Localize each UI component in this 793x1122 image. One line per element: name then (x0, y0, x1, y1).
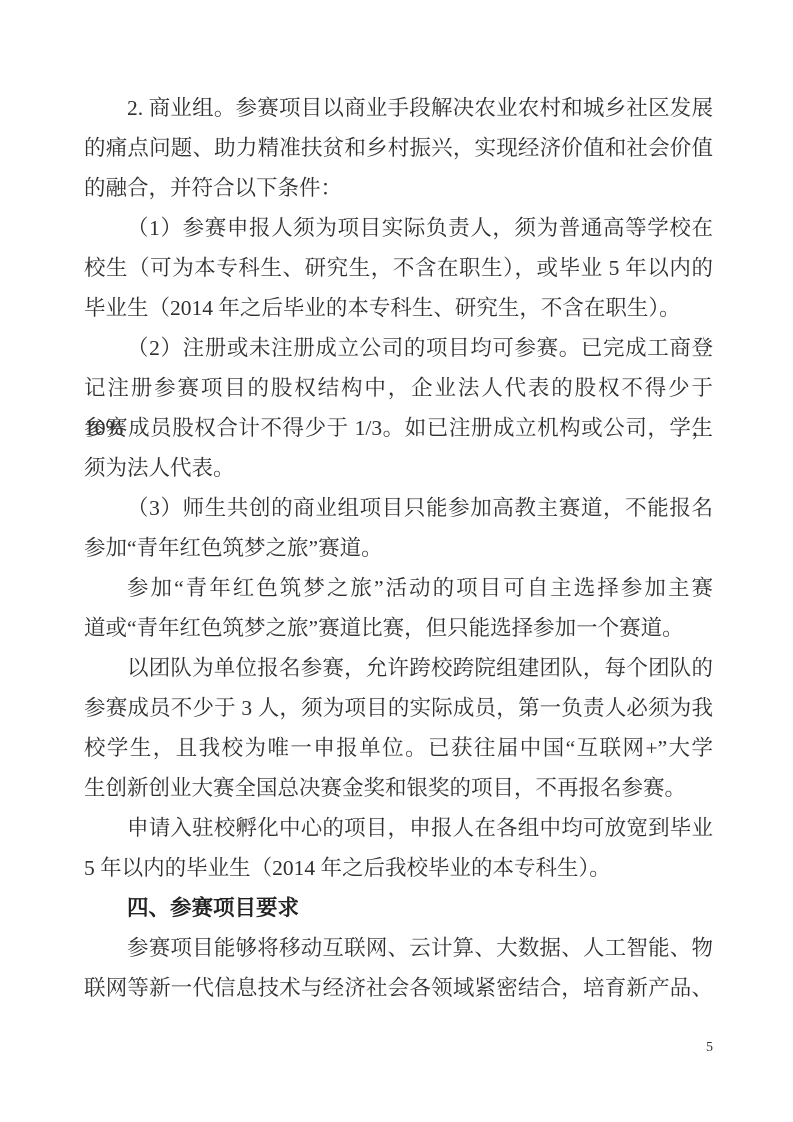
document-body: 2. 商业组。参赛项目以商业手段解决农业农村和城乡社区发展 的痛点问题、助力精准… (84, 88, 713, 1008)
paragraph-project-requirements-intro: 参赛项目能够将移动互联网、云计算、大数据、人工智能、物 联网等新一代信息技术与经… (84, 928, 713, 1008)
text-line: （1）参赛申报人须为项目实际负责人，须为普通高等学校在 (84, 208, 713, 248)
paragraph-condition-2-registration: （2）注册或未注册成立公司的项目均可参赛。已完成工商登 记注册参赛项目的股权结构… (84, 328, 713, 488)
section-heading-text: 四、参赛项目要求 (84, 888, 713, 928)
text-line: 5 年以内的毕业生（2014 年之后我校毕业的本专科生）。 (84, 848, 713, 888)
paragraph-incubation-center-relaxation: 申请入驻校孵化中心的项目，申报人在各组中均可放宽到毕业 5 年以内的毕业生（20… (84, 808, 713, 888)
text-line: 毕业生（2014 年之后毕业的本专科生、研究生，不含在职生）。 (84, 288, 713, 328)
text-line: 参加“青年红色筑梦之旅”活动的项目可自主选择参加主赛 (84, 568, 713, 608)
paragraph-business-group-intro: 2. 商业组。参赛项目以商业手段解决农业农村和城乡社区发展 的痛点问题、助力精准… (84, 88, 713, 208)
text-line: 校生（可为本专科生、研究生，不含在职生），或毕业 5 年以内的 (84, 248, 713, 288)
text-line: 参赛成员不少于 3 人，须为项目的实际成员，第一负责人必须为我 (84, 688, 713, 728)
section-4-heading: 四、参赛项目要求 (84, 888, 713, 928)
text-line: 2. 商业组。参赛项目以商业手段解决农业农村和城乡社区发展 (84, 88, 713, 128)
paragraph-team-registration-rules: 以团队为单位报名参赛，允许跨校跨院组建团队，每个团队的 参赛成员不少于 3 人，… (84, 648, 713, 808)
text-line: 校学生，且我校为唯一申报单位。已获往届中国“互联网+”大学 (84, 728, 713, 768)
page-number: 5 (84, 1038, 713, 1058)
text-line: 参赛项目能够将移动互联网、云计算、大数据、人工智能、物 (84, 928, 713, 968)
paragraph-condition-1-applicant: （1）参赛申报人须为项目实际负责人，须为普通高等学校在 校生（可为本专科生、研究… (84, 208, 713, 328)
text-line: 联网等新一代信息技术与经济社会各领域紧密结合，培育新产品、 (84, 968, 713, 1008)
text-line: 的痛点问题、助力精准扶贫和乡村振兴，实现经济价值和社会价值 (84, 128, 713, 168)
document-page: 2. 商业组。参赛项目以商业手段解决农业农村和城乡社区发展 的痛点问题、助力精准… (0, 0, 793, 1122)
text-line: 参加“青年红色筑梦之旅”赛道。 (84, 528, 713, 568)
text-line: （2）注册或未注册成立公司的项目均可参赛。已完成工商登 (84, 328, 713, 368)
text-line: 记注册参赛项目的股权结构中，企业法人代表的股权不得少于 10%， (84, 368, 713, 408)
text-line: 以团队为单位报名参赛，允许跨校跨院组建团队，每个团队的 (84, 648, 713, 688)
paragraph-condition-3-track-limit: （3）师生共创的商业组项目只能参加高教主赛道，不能报名 参加“青年红色筑梦之旅”… (84, 488, 713, 568)
text-line: 申请入驻校孵化中心的项目，申报人在各组中均可放宽到毕业 (84, 808, 713, 848)
text-line: 参赛成员股权合计不得少于 1/3。如已注册成立机构或公司，学生 (84, 408, 713, 448)
paragraph-red-dream-track-choice: 参加“青年红色筑梦之旅”活动的项目可自主选择参加主赛 道或“青年红色筑梦之旅”赛… (84, 568, 713, 648)
text-line: 道或“青年红色筑梦之旅”赛道比赛，但只能选择参加一个赛道。 (84, 608, 713, 648)
text-line: 生创新创业大赛全国总决赛金奖和银奖的项目，不再报名参赛。 (84, 768, 713, 808)
text-line: 的融合，并符合以下条件： (84, 168, 713, 208)
text-line: （3）师生共创的商业组项目只能参加高教主赛道，不能报名 (84, 488, 713, 528)
text-line: 须为法人代表。 (84, 448, 713, 488)
